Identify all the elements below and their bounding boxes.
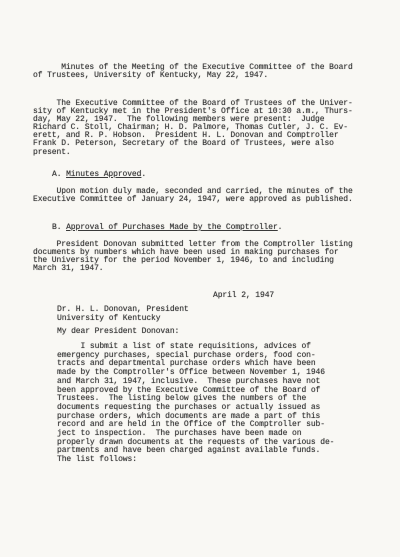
section-a-heading-text: Minutes Approved — [66, 170, 141, 179]
scanned-minutes-page: Minutes of the Meeting of the Executive … — [0, 0, 400, 557]
letter-salutation: My dear President Donovan: — [57, 328, 179, 336]
section-b-heading: B. Approval of Purchases Made by the Com… — [52, 224, 282, 232]
minutes-title: Minutes of the Meeting of the Executive … — [33, 64, 371, 80]
section-a-label: A. — [52, 170, 66, 179]
section-a-paragraph: Upon motion duly made, seconded and carr… — [33, 188, 373, 204]
letter-address: Dr. H. L. Donovan, President University … — [57, 306, 189, 323]
letter-body: I submit a list of state requisitions, a… — [57, 343, 351, 465]
section-a-heading-period: . — [141, 170, 146, 179]
section-b-label: B. — [52, 223, 66, 232]
section-a-heading: A. Minutes Approved. — [52, 171, 146, 179]
letter-date: April 2, 1947 — [213, 292, 274, 300]
section-b-heading-period: . — [278, 223, 283, 232]
section-b-paragraph: President Donovan submitted letter from … — [33, 241, 371, 273]
opening-paragraph: The Executive Committee of the Board of … — [33, 100, 371, 157]
section-b-heading-text: Approval of Purchases Made by the Comptr… — [66, 223, 278, 232]
